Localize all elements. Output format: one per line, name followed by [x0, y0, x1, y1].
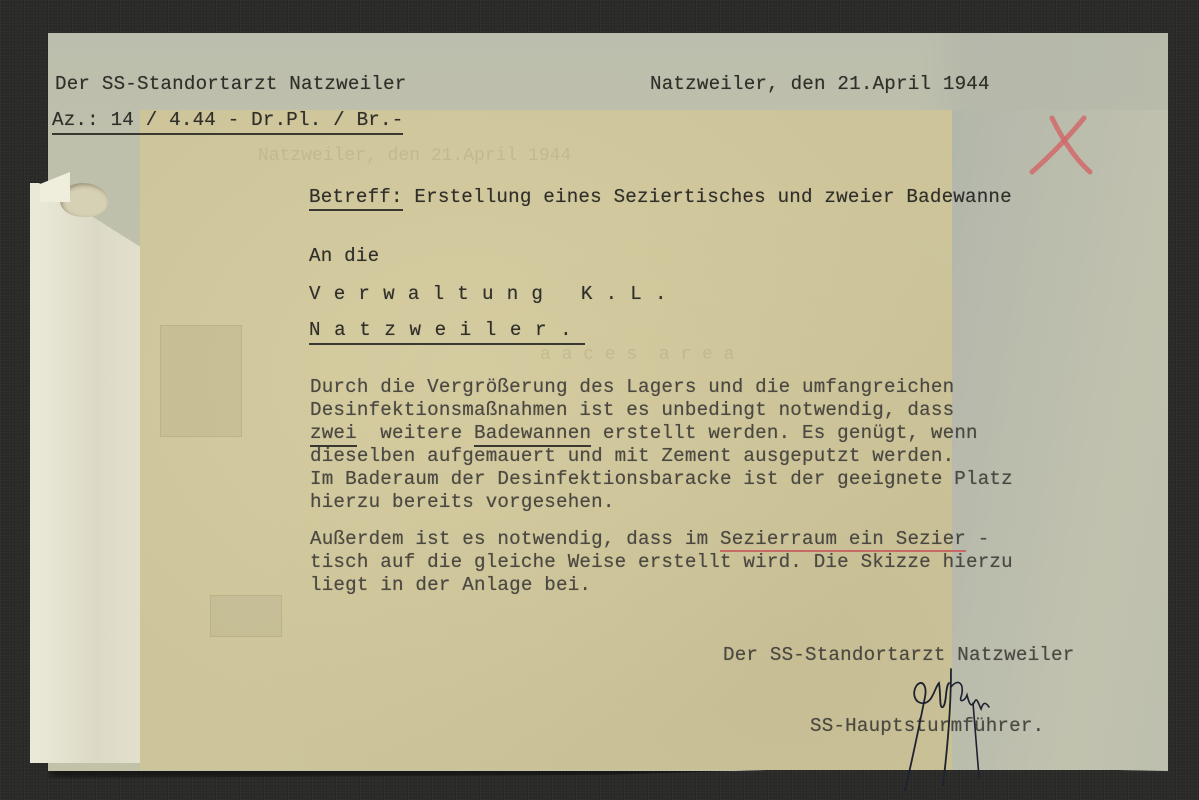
body-line: tisch auf die gleiche Weise erstellt wir… [310, 550, 1013, 574]
recipient-line-2: Verwaltung K.L. [309, 282, 680, 306]
body-line: Außerdem ist es notwendig, dass im Sezie… [310, 527, 989, 551]
red-underlined-phrase: Sezierraum ein Sezier [720, 528, 966, 552]
bleed-through-text: a a c e s a r e a [540, 345, 734, 365]
recipient-line-1: An die [309, 244, 379, 268]
subject-line: Betreff: Erstellung eines Seziertisches … [309, 185, 1012, 209]
recipient-line-3: Natzweiler. [309, 318, 585, 345]
faint-stamp-mark [210, 595, 282, 637]
subject-label: Betreff: [309, 186, 403, 211]
folded-paper-strip [30, 183, 140, 763]
handwritten-signature-icon [895, 657, 1005, 792]
reference-number: Az.: 14 / 4.44 - Dr.Pl. / Br.- [52, 108, 403, 135]
document-scan: Natzweiler, den 21.April 1944 a a c e s … [0, 0, 1199, 800]
body-line: hierzu bereits vorgesehen. [310, 490, 615, 514]
faint-stamp-mark [160, 325, 242, 437]
body-line: liegt in der Anlage bei. [310, 573, 591, 597]
body-line: zwei weitere Badewannen erstellt werden.… [310, 421, 978, 445]
body-line: dieselben aufgemauert und mit Zement aus… [310, 444, 954, 468]
body-line: Im Baderaum der Desinfektionsbaracke ist… [310, 467, 1013, 491]
bleed-through-text: Natzweiler, den 21.April 1944 [258, 146, 571, 166]
sender-line: Der SS-Standortarzt Natzweiler [55, 72, 406, 96]
subject-text: Erstellung eines Seziertisches und zweie… [403, 186, 1012, 208]
body-line: Desinfektionsmaßnahmen ist es unbedingt … [310, 398, 954, 422]
body-line: Durch die Vergrößerung des Lagers und di… [310, 375, 954, 399]
place-date: Natzweiler, den 21.April 1944 [650, 72, 990, 96]
red-x-mark-icon [1022, 114, 1096, 176]
